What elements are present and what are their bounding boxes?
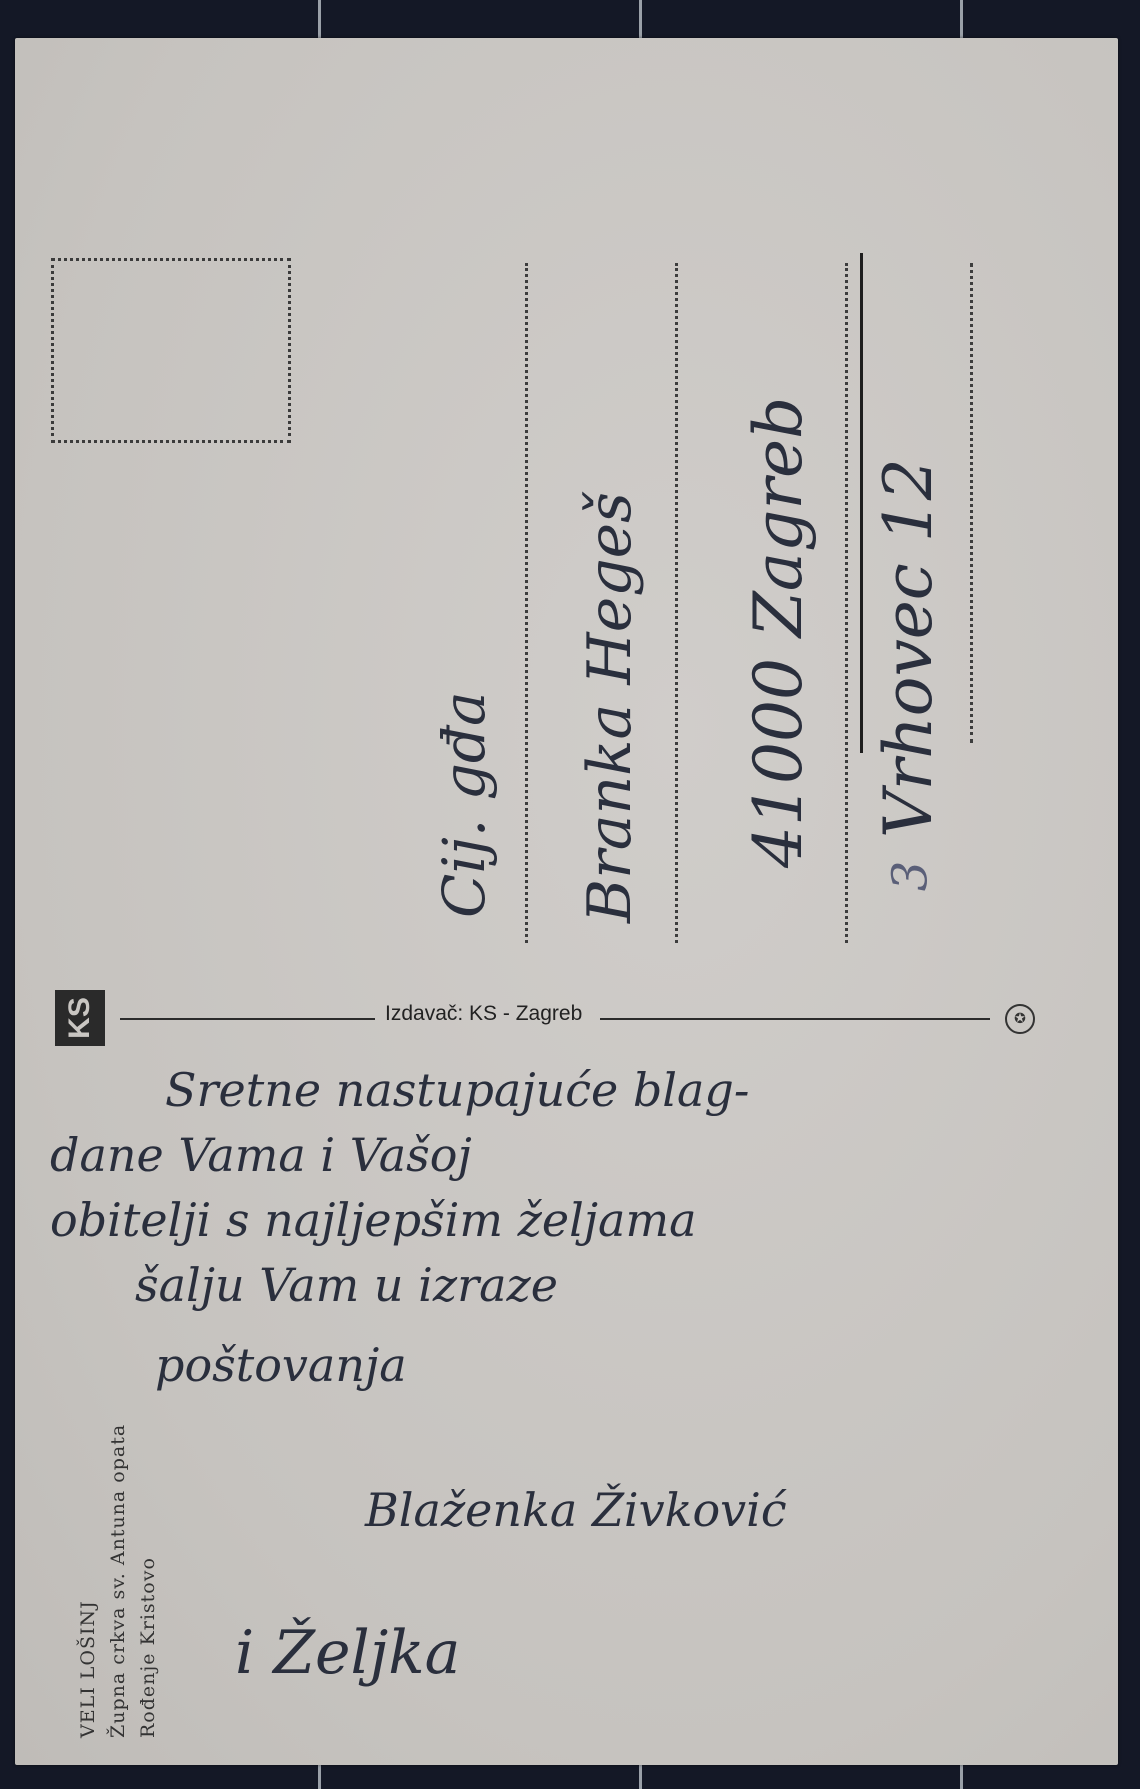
message-line-3: obitelji s najljepšim željama xyxy=(50,1193,697,1247)
publisher-rule-right xyxy=(600,1018,990,1020)
message-line-4: šalju Vam u izraze xyxy=(135,1258,558,1312)
address-line-1: Cij. gđa xyxy=(430,691,498,918)
address-line-2: Branka Hegeš xyxy=(575,492,645,923)
address-underline-stroke xyxy=(860,253,863,753)
stamp-placeholder-box xyxy=(51,258,291,443)
address-dotted-line-3 xyxy=(845,263,848,943)
address-line-4: Vrhovec 12 xyxy=(870,458,947,838)
caption-line-3: Rođenje Kristovo xyxy=(137,1557,159,1738)
publisher-ornament-icon: ✪ xyxy=(1005,1004,1035,1034)
message-line-5: poštovanja xyxy=(155,1338,407,1392)
publisher-rule-left xyxy=(120,1018,375,1020)
message-line-1: Sretne nastupajuće blag- xyxy=(165,1063,749,1117)
address-dotted-line-1 xyxy=(525,263,528,943)
postcard-back: Cij. gđa Branka Hegeš 41000 Zagreb Vrhov… xyxy=(15,38,1118,1765)
address-line-3: 41000 Zagreb xyxy=(740,397,817,868)
publisher-text: Izdavač: KS - Zagreb xyxy=(385,1002,582,1026)
address-mark: 3 xyxy=(882,861,938,892)
message-line-2: dane Vama i Vašoj xyxy=(50,1128,472,1182)
signature-1: Blaženka Živković xyxy=(365,1483,787,1537)
ks-logo-icon: KS xyxy=(55,990,105,1046)
address-dotted-line-2 xyxy=(675,263,678,943)
caption-line-1: VELI LOŠINJ xyxy=(77,1600,99,1738)
signature-2: i Željka xyxy=(235,1618,460,1688)
caption-line-2: Župna crkva sv. Antuna opata xyxy=(107,1424,129,1738)
publisher-row: KS Izdavač: KS - Zagreb ✪ xyxy=(55,978,1045,1038)
address-dotted-line-4 xyxy=(970,263,973,743)
